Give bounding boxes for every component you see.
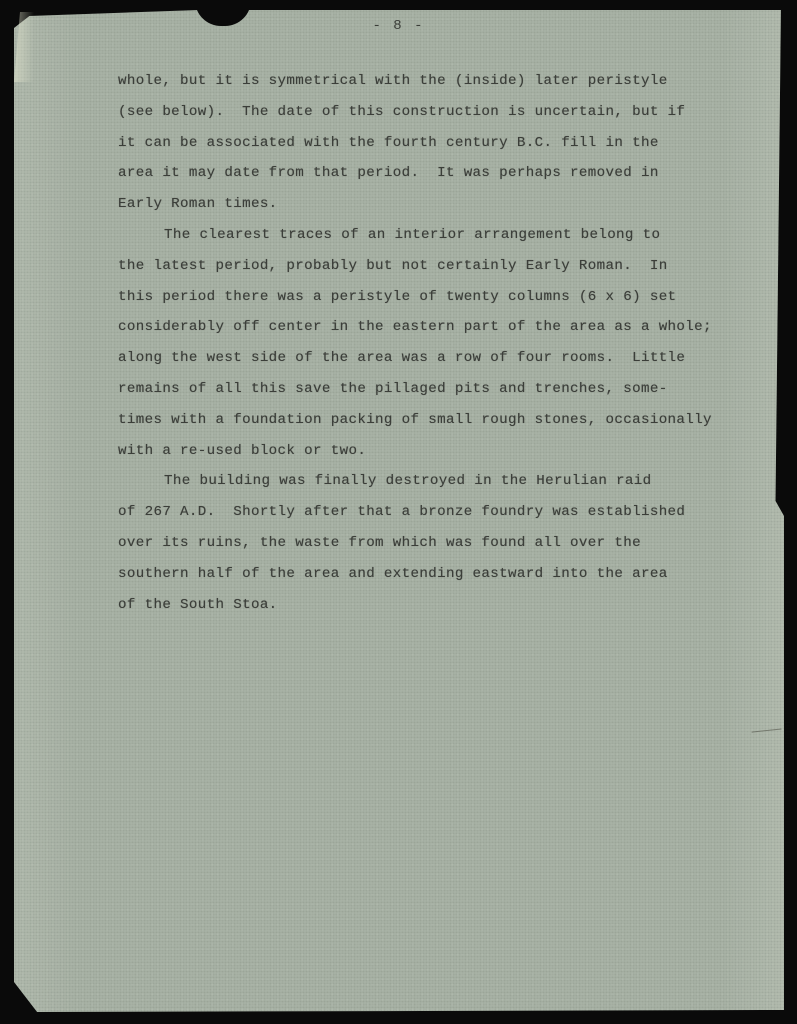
text-line: over its ruins, the waste from which was… <box>118 528 758 559</box>
text-line: with a re-used block or two. <box>118 436 758 467</box>
text-line: it can be associated with the fourth cen… <box>118 128 758 159</box>
text-line: of 267 A.D. Shortly after that a bronze … <box>118 497 758 528</box>
text-line: Early Roman times. <box>118 189 758 220</box>
text-line: times with a foundation packing of small… <box>118 405 758 436</box>
text-line: The building was finally destroyed in th… <box>118 466 758 497</box>
text-line: along the west side of the area was a ro… <box>118 343 758 374</box>
text-line: considerably off center in the eastern p… <box>118 312 758 343</box>
text-line: this period there was a peristyle of twe… <box>118 282 758 313</box>
text-line: area it may date from that period. It wa… <box>118 158 758 189</box>
page-number: - 8 - <box>0 18 797 34</box>
text-line: The clearest traces of an interior arran… <box>118 220 758 251</box>
text-line: remains of all this save the pillaged pi… <box>118 374 758 405</box>
text-line: (see below). The date of this constructi… <box>118 97 758 128</box>
text-line: whole, but it is symmetrical with the (i… <box>118 66 758 97</box>
body-text: whole, but it is symmetrical with the (i… <box>118 66 758 620</box>
text-line: the latest period, probably but not cert… <box>118 251 758 282</box>
text-line: of the South Stoa. <box>118 590 758 621</box>
text-line: southern half of the area and extending … <box>118 559 758 590</box>
